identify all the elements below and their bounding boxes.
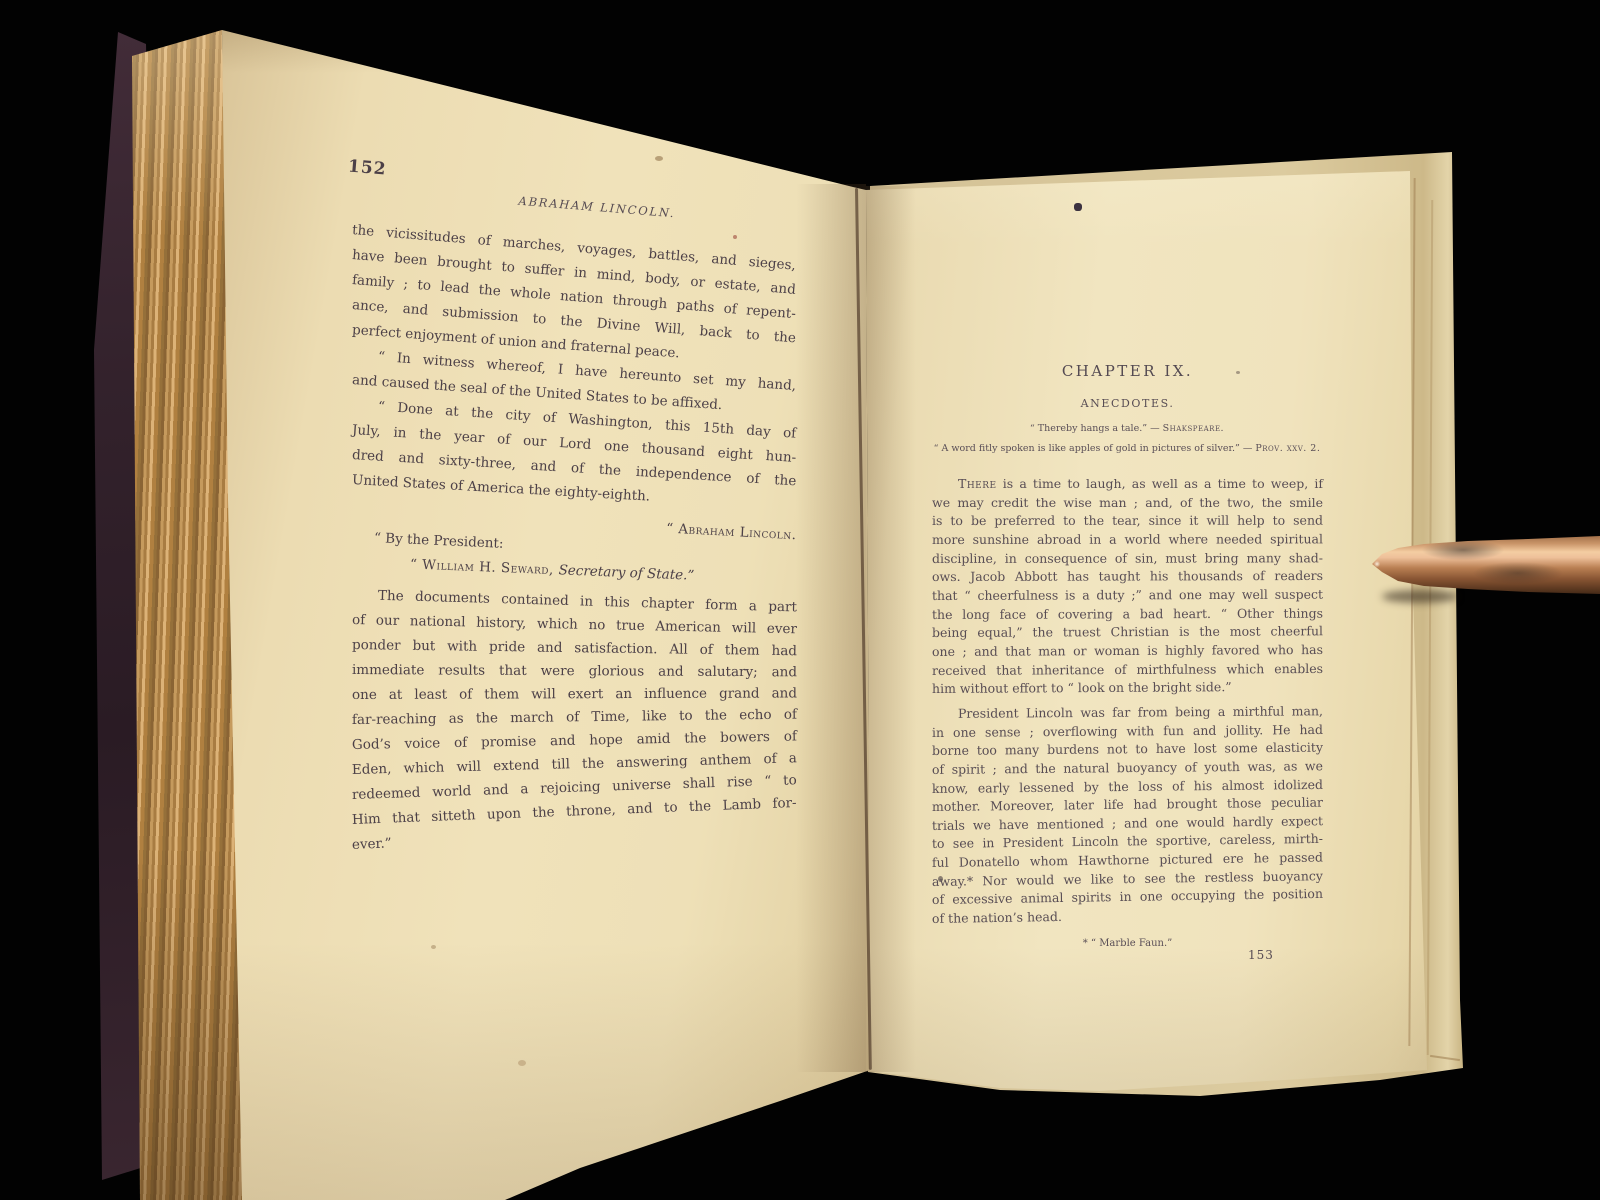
body-line: There is a time to laugh, as well as a t… xyxy=(932,475,1323,494)
paragraph: There is a time to laugh, as well as a t… xyxy=(932,475,1323,699)
secretary-title: Secretary of State.” xyxy=(558,562,694,583)
body-line: one ; and that man or woman is highly fa… xyxy=(932,641,1323,662)
epigraph: “ A word fitly spoken is like apples of … xyxy=(927,443,1327,454)
body-line-rest: is a time to laugh, as well as a time to… xyxy=(997,476,1323,491)
epigraph-source: Prov. xxv. 2. xyxy=(1255,443,1320,454)
epigraph-source: Shakspeare. xyxy=(1163,423,1224,434)
gutter-shadow-right xyxy=(866,186,916,1072)
epigraph-text: “ Thereby hangs a tale.” — xyxy=(1030,423,1163,434)
page-number-left: 152 xyxy=(347,156,387,179)
epigraph: “ Thereby hangs a tale.” — Shakspeare. xyxy=(927,423,1327,434)
page-number-right: 153 xyxy=(1248,948,1274,962)
epigraph-text: “ A word fitly spoken is like apples of … xyxy=(934,443,1256,454)
right-page-text: CHAPTER IX. ANECDOTES. “ Thereby hangs a… xyxy=(932,356,1323,949)
pen-shadow xyxy=(1382,590,1458,603)
left-page-text: the vicissitudes of marches, voyages, ba… xyxy=(352,218,797,858)
chapter-heading: CHAPTER IX. xyxy=(932,362,1323,380)
body-line: the long face of covering a bad heart. “… xyxy=(932,604,1323,624)
body-line: more sunshine abroad in a world where ne… xyxy=(932,530,1323,549)
foxing-spot xyxy=(431,945,436,949)
secretary-name: “ William H. Seward, xyxy=(410,556,559,578)
paragraph: President Lincoln was far from being a m… xyxy=(932,705,1323,929)
body-line: President Lincoln was far from being a m… xyxy=(932,702,1323,723)
body-line: discipline, in consequence of sin, must … xyxy=(932,549,1323,568)
body-line: being equal,” the truest Christian is th… xyxy=(932,623,1323,643)
gutter-shadow-left xyxy=(796,184,866,1072)
body-line: is to be preferred to the tear, since it… xyxy=(932,512,1323,531)
drop-word: There xyxy=(958,476,997,491)
ink-speck xyxy=(1074,203,1082,211)
body-line: we may credit the wise man ; and, of the… xyxy=(932,494,1323,513)
body-line: that “ cheerfulness is a duty ;” and one… xyxy=(932,586,1323,606)
body-line: him without effort to “ look on the brig… xyxy=(932,678,1323,699)
chapter-subheading: ANECDOTES. xyxy=(932,397,1323,410)
foxing-spot xyxy=(655,156,663,161)
book-photo: 152 ABRAHAM LINCOLN. the vicissitudes of… xyxy=(0,0,1600,1200)
foxing-spot xyxy=(518,1060,526,1066)
body-line: ows. Jacob Abbott has taught his thousan… xyxy=(932,567,1323,587)
